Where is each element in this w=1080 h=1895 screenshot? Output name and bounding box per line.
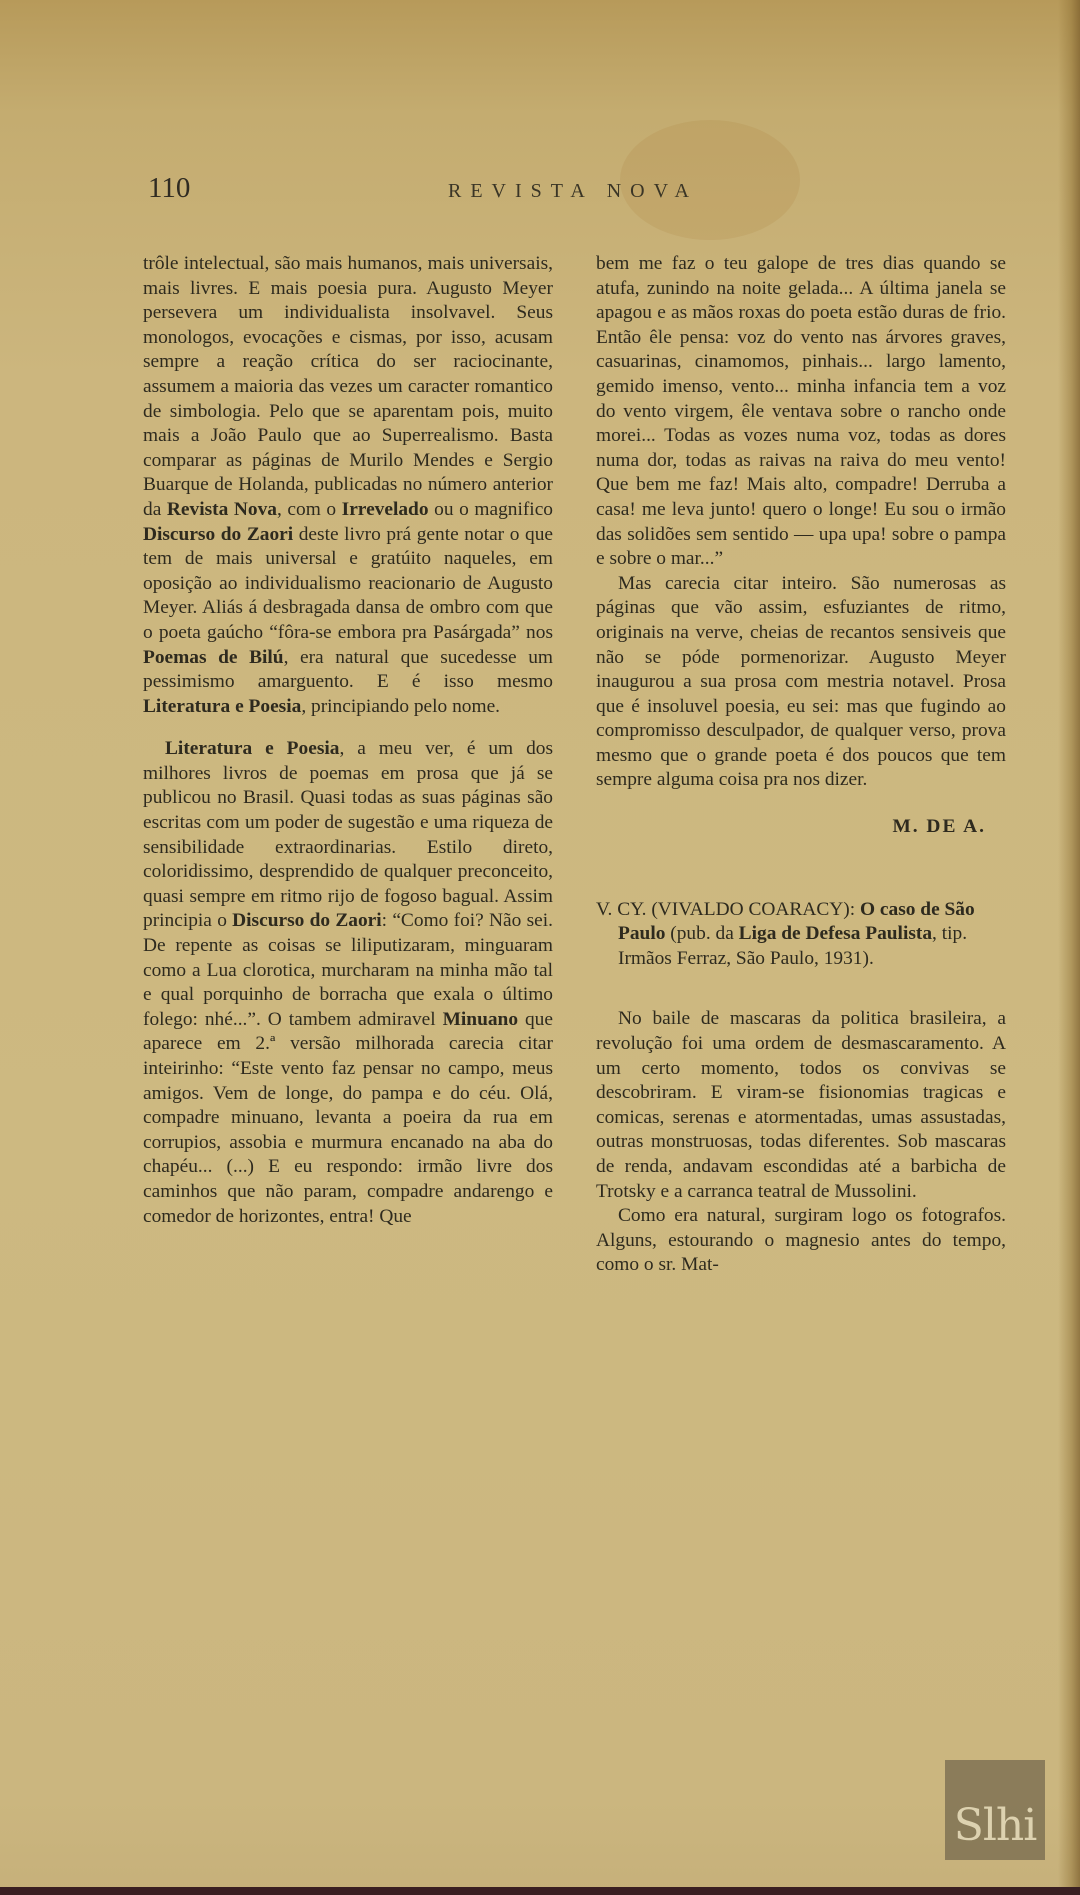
author-signature: M. DE A. (596, 815, 1006, 840)
bold-title-text: Revista Nova (167, 499, 277, 520)
paragraph: Literatura e Poesia, a meu ver, é um dos… (143, 737, 553, 1229)
library-watermark-logo: Slhi (945, 1760, 1045, 1860)
page-edge-shadow (1058, 0, 1080, 1895)
text-run: , com o (277, 499, 342, 520)
watermark-label: Slhi (954, 1804, 1037, 1860)
left-column: trôle intelectual, são mais humanos, mai… (143, 252, 553, 1229)
paragraph: trôle intelectual, são mais humanos, mai… (143, 252, 553, 719)
text-run: trôle intelectual, são mais humanos, mai… (143, 253, 553, 520)
bold-title-text: Poemas de Bilú (143, 647, 284, 668)
bold-title-text: Literatura e Poesia (165, 738, 339, 759)
page-header: 110 REVISTA NOVA (148, 172, 1018, 212)
bold-title-text: Discurso do Zaori (143, 524, 293, 545)
bold-title-text: Discurso do Zaori (232, 910, 382, 931)
bold-title-text: Irrevelado (342, 499, 429, 520)
paragraph: Como era natural, surgiram logo os fotog… (596, 1204, 1006, 1278)
text-run: ou o magnifico (429, 499, 553, 520)
bold-title-text: Minuano (443, 1009, 518, 1030)
text-run: que aparece em 2.ª versão milhorada care… (143, 1009, 553, 1227)
text-run: (pub. da (665, 923, 738, 944)
paragraph: Mas carecia citar inteiro. São numerosas… (596, 572, 1006, 793)
bold-title-text: Liga de Defesa Paulista (739, 923, 932, 944)
paragraph: No baile de mascaras da politica brasile… (596, 1007, 1006, 1204)
right-column: bem me faz o teu galope de tres dias qua… (596, 252, 1006, 1278)
review-heading: V. CY. (VIVALDO COARACY): O caso de São … (596, 898, 1006, 972)
running-title: REVISTA NOVA (448, 180, 698, 203)
text-run: V. CY. (VIVALDO COARACY): (596, 899, 860, 920)
page-bottom-edge (0, 1887, 1080, 1895)
page-number: 110 (148, 172, 190, 205)
paragraph: bem me faz o teu galope de tres dias qua… (596, 252, 1006, 572)
text-run: , principiando pelo nome. (301, 696, 500, 717)
text-run: , a meu ver, é um dos milhores livros de… (143, 738, 553, 931)
bold-title-text: Literatura e Poesia (143, 696, 301, 717)
